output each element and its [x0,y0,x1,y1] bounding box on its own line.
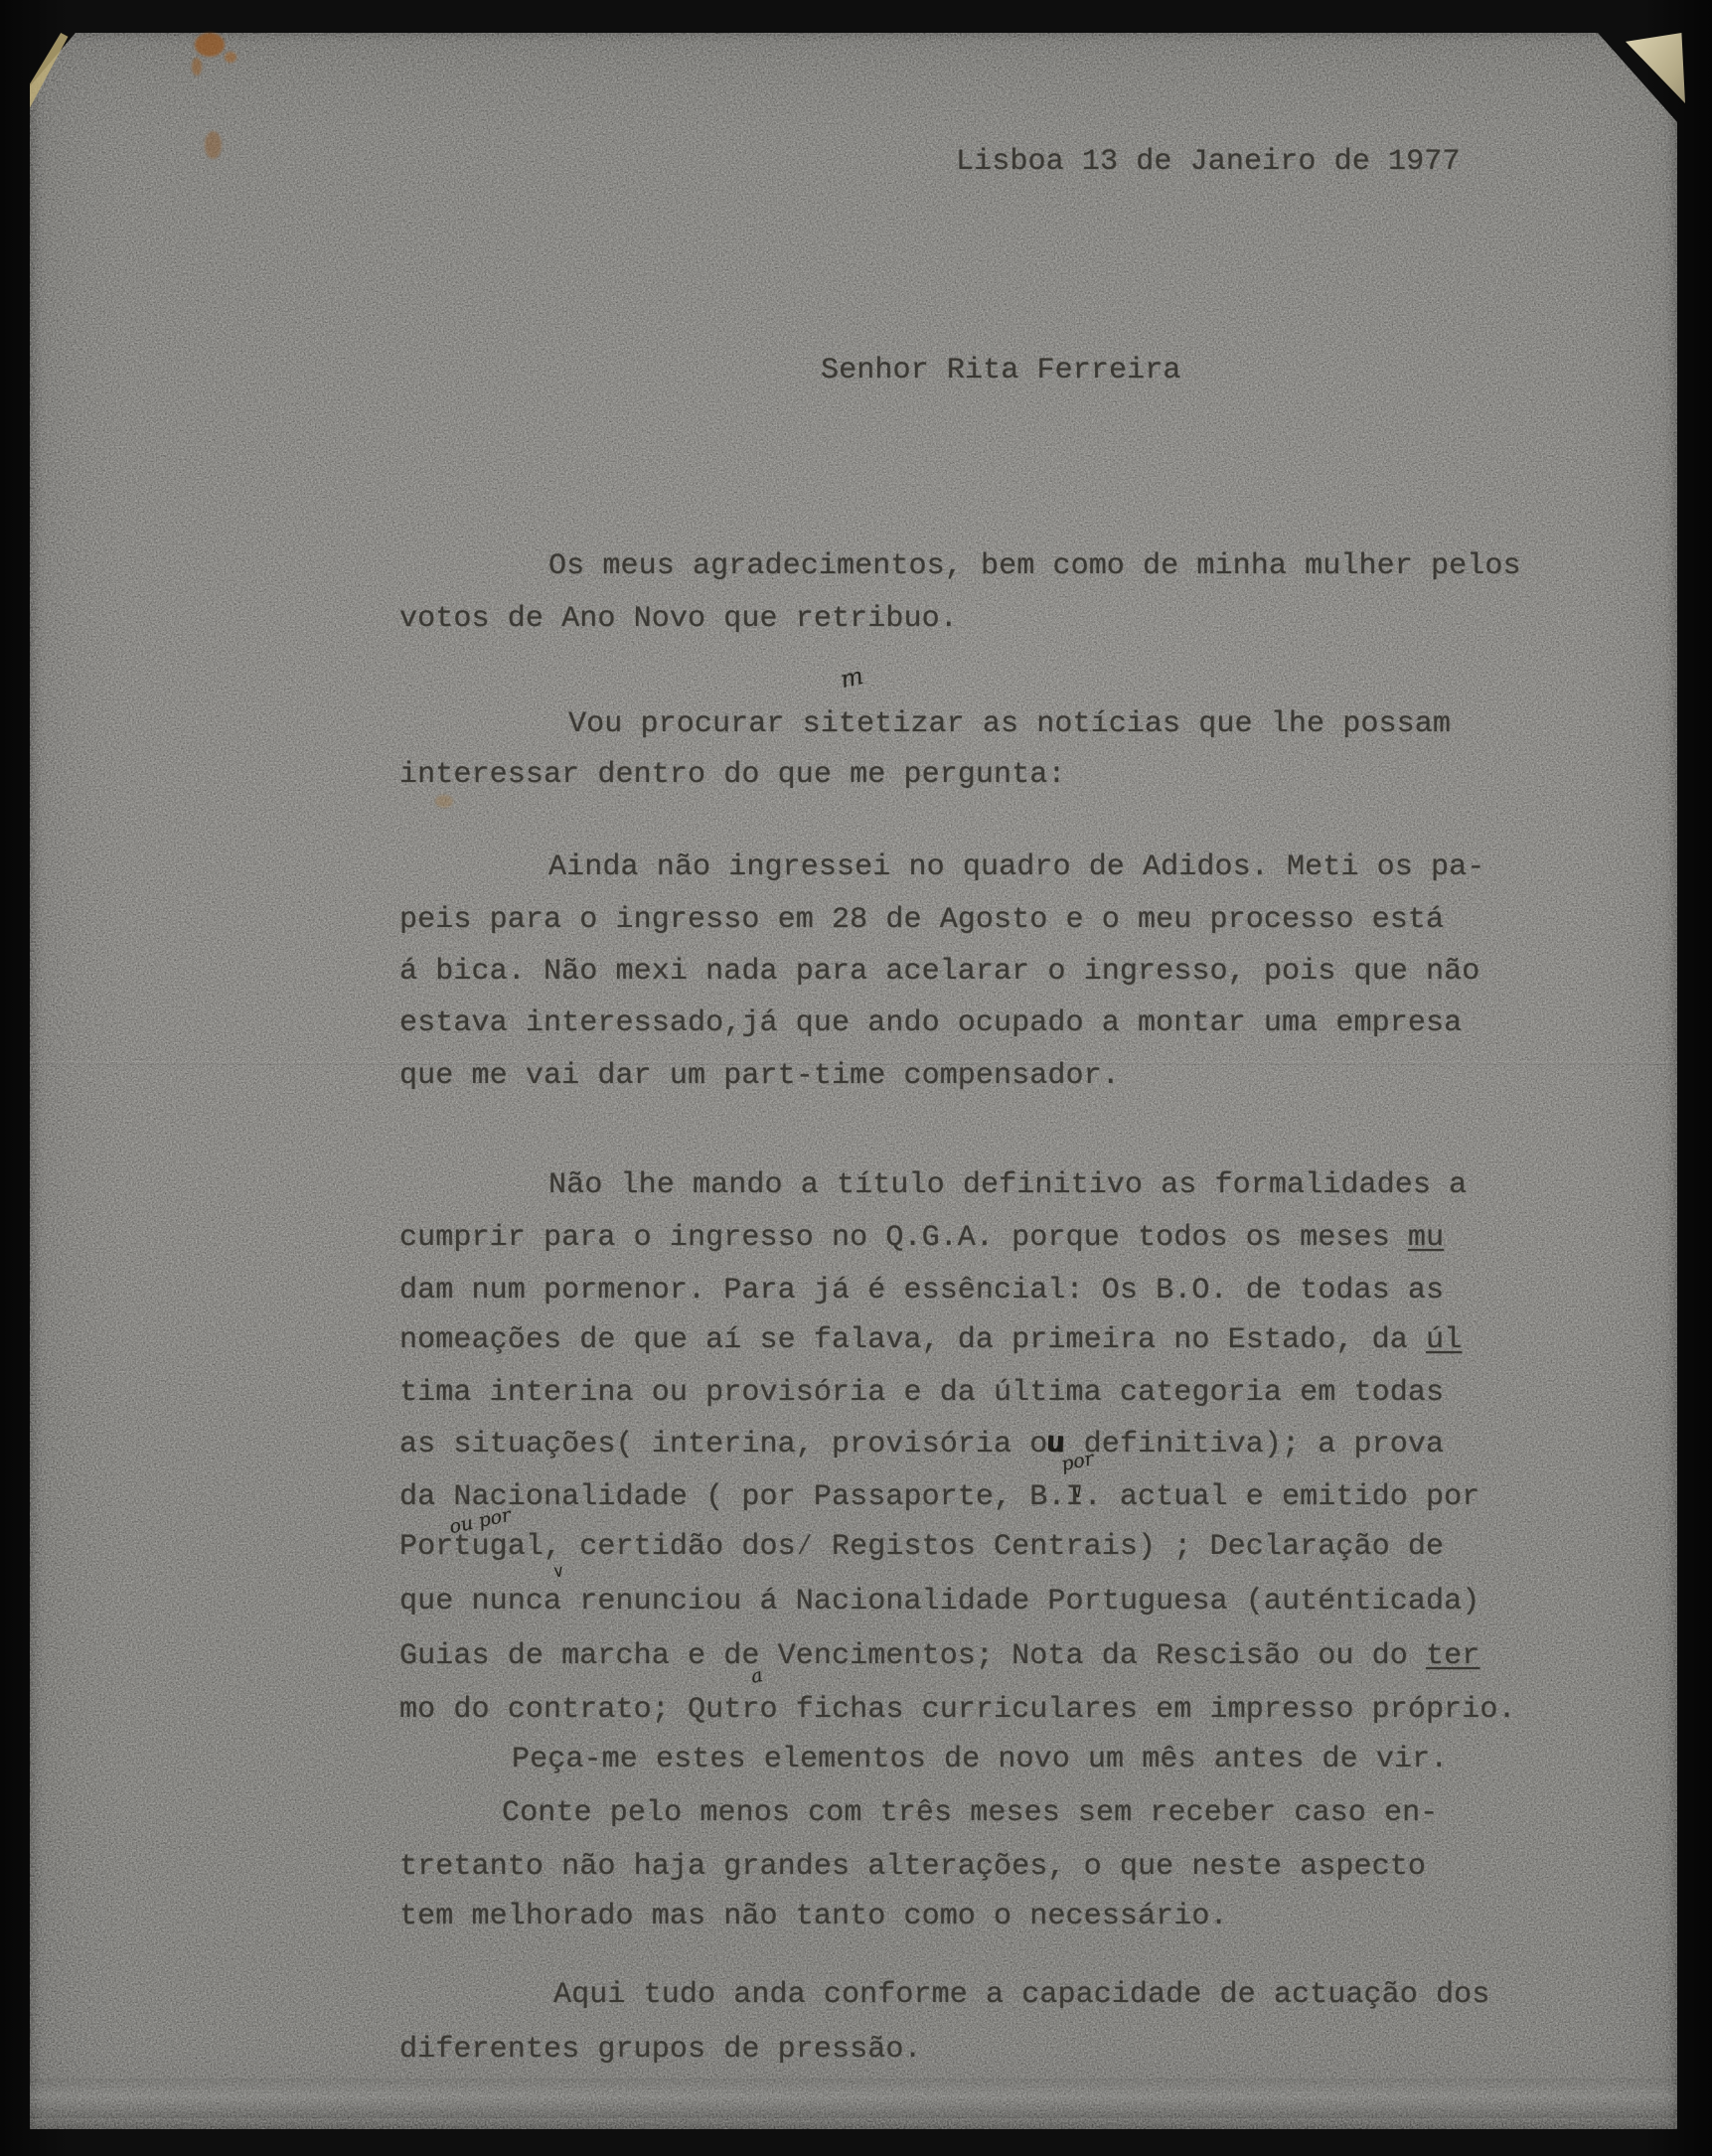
letter-line: Não lhe mando a título definitivo as for… [548,1168,1467,1202]
date-line: Lisboa 13 de Janeiro de 1977 [956,145,1460,179]
letter-line: diferentes grupos de pressão. [399,2033,922,2067]
letter-line: da Nacionalidade ( por Passaporte, B.I. … [399,1480,1479,1514]
rust-stain [192,58,202,76]
letter-line: Os meus agradecimentos, bem como de minh… [548,549,1521,583]
letter-line: tem melhorado mas não tanto como o neces… [399,1900,1228,1933]
letter-line: dam num pormenor. Para já é essêncial: O… [399,1274,1444,1308]
underlined-word: úl [1426,1323,1462,1357]
letter-line: peis para o ingresso em 28 de Agosto e o… [399,903,1444,937]
rust-stain [195,33,225,57]
letter-line: Vou procurar sitetizar as notícias que l… [568,707,1451,741]
underlined-word: mu [1408,1221,1444,1255]
letter-line: tima interina ou provisória e da última … [399,1376,1444,1410]
letter-line: Ainda não ingressei no quadro de Adidos.… [548,850,1484,884]
letter-line: tretanto não haja grandes alterações, o … [399,1850,1426,1884]
letter-line: nomeações de que aí se falava, da primei… [399,1323,1462,1357]
insert-caret: ∨ [551,1561,565,1582]
bottom-fold-crease [30,2079,1677,2118]
scanned-letter-page: { "document": { "kind": "typewritten let… [0,0,1712,2156]
letter-line: as situações( interina, provisória ou de… [399,1428,1444,1462]
letter-line: estava interessado,já que ando ocupado a… [399,1006,1462,1040]
rust-stain [435,795,453,808]
letter-line: á bica. Não mexi nada para acelarar o in… [399,955,1479,989]
rust-stain [205,131,222,159]
letter-line: interessar dentro do que me pergunta: [399,758,1066,792]
salutation-text: Senhor Rita Ferreira [821,354,1180,387]
letter-line: que me vai dar um part-time compensador. [399,1059,1120,1093]
letter-line: Conte pelo menos com três meses sem rece… [502,1796,1438,1830]
letter-line: Peça-me estes elementos de novo um mês a… [512,1743,1448,1776]
letter-line: cumprir para o ingresso no Q.G.A. porque… [399,1221,1444,1255]
letter-line: mo do contrato; Qutro fichas curriculare… [399,1693,1516,1727]
letter-line: votos de Ano Novo que retribuo. [399,602,958,636]
letter-line: Portugal, certidão dos∕ Registos Centrai… [399,1530,1444,1564]
letter-line: que nunca renunciou á Nacionalidade Port… [399,1585,1479,1618]
underlined-word: ter [1426,1639,1479,1673]
overtyped-letter-u: u [1045,1428,1065,1463]
date-text: Lisboa 13 de Janeiro de 1977 [956,145,1460,179]
salutation: Senhor Rita Ferreira [821,354,1180,387]
letter-line: Aqui tudo anda conforme a capacidade de … [553,1978,1489,2012]
rust-stain [225,52,236,63]
letter-line: Guias de marcha e de Vencimentos; Nota d… [399,1639,1479,1673]
insert-caret: ∨ [1070,1481,1084,1502]
